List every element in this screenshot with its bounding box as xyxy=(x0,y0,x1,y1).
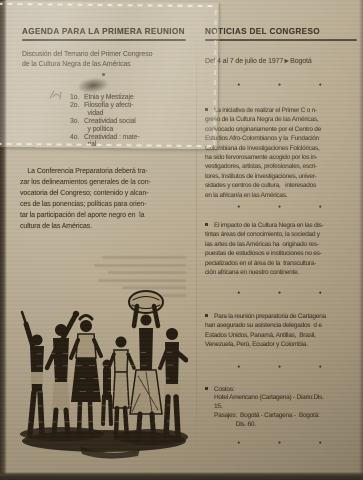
asterisk-separator: ● ● ● xyxy=(205,440,355,446)
agenda-item-text: Creatividad : mate- rial xyxy=(84,134,139,150)
right-header-rule xyxy=(205,39,357,41)
asterisk-separator: ● ● ● xyxy=(205,204,355,210)
news-bullet-3: Para la reunión preparatoria de Cartagen… xyxy=(205,312,357,350)
costs-block: Costos: Hotel Americano (Cartagena) - Di… xyxy=(205,385,357,430)
agenda-item-text: Etnia y Mestizaje xyxy=(84,94,134,102)
photo-left-edge xyxy=(0,0,7,480)
agenda-item-text: Filosofía y afecti- vidad xyxy=(84,102,133,118)
left-header-rule xyxy=(22,39,186,41)
costs-details: Hotel Americano (Cartagena) - Diario:Dls… xyxy=(214,394,357,429)
agenda-item-text: Creatividad social y política xyxy=(84,118,136,134)
news-bullet-1: La iniciativa de realizar el Primer C o … xyxy=(205,106,357,200)
bullet-square-icon xyxy=(205,108,208,111)
left-column-header: AGENDA PARA LA PRIMERA REUNION xyxy=(22,27,185,36)
left-intro-text: Discusión del Temario del Primer Congres… xyxy=(22,50,197,70)
photo-bottom-edge xyxy=(0,472,363,480)
agenda-item-number: 2o. xyxy=(70,102,84,118)
right-column-header: NOTICIAS DEL CONGRESO xyxy=(205,27,320,36)
agenda-item: 1o. Etnia y Mestizaje xyxy=(70,94,139,102)
woodcut-people-procession-icon xyxy=(20,284,188,462)
asterisk-separator: ● ● ● xyxy=(205,364,355,370)
photo-right-edge xyxy=(359,0,363,480)
agenda-item-number: 1o. xyxy=(70,94,84,102)
bullet-square-icon xyxy=(205,314,208,317)
news-bullet-2: El impacto de la Cultura Negra en las di… xyxy=(205,221,357,277)
scanned-bulletin-page: AGENDA PARA LA PRIMERA REUNION Discusión… xyxy=(0,0,363,480)
agenda-item-number: 3o. xyxy=(70,118,84,134)
news-bullet-text: La iniciativa de realizar el Primer C o … xyxy=(205,106,357,200)
asterisk-separator: ● ● ● xyxy=(205,290,355,296)
column-fold-line xyxy=(196,24,197,470)
bullet-square-icon xyxy=(205,223,208,226)
news-bullet-text: Para la reunión preparatoria de Cartagen… xyxy=(205,312,357,350)
section-dot-mark xyxy=(102,73,105,76)
agenda-item-number: 4o. xyxy=(70,134,84,150)
congress-date-line: Del 4 al 7 de julio de 1977►Bogotá xyxy=(205,58,312,65)
agenda-item: 2o. Filosofía y afecti- vidad xyxy=(70,102,139,118)
conference-paragraph: La Conferencia Preparatoria deberá tra- … xyxy=(20,166,190,232)
asterisk-separator: ● ● ● xyxy=(205,82,355,88)
agenda-topic-list: 1o. Etnia y Mestizaje 2o. Filosofía y af… xyxy=(70,94,139,149)
news-bullet-text: El impacto de la Cultura Negra en las di… xyxy=(205,221,357,277)
ink-smudge-stain xyxy=(76,76,110,95)
sleeve-stitch-top xyxy=(0,3,216,7)
costs-label: Costos: xyxy=(214,385,357,394)
agenda-item: 3o. Creatividad social y política xyxy=(70,118,139,134)
illegible-handwriting-mark xyxy=(48,88,70,102)
agenda-item: 4o. Creatividad : mate- rial xyxy=(70,134,139,150)
bullet-square-icon xyxy=(205,387,208,390)
